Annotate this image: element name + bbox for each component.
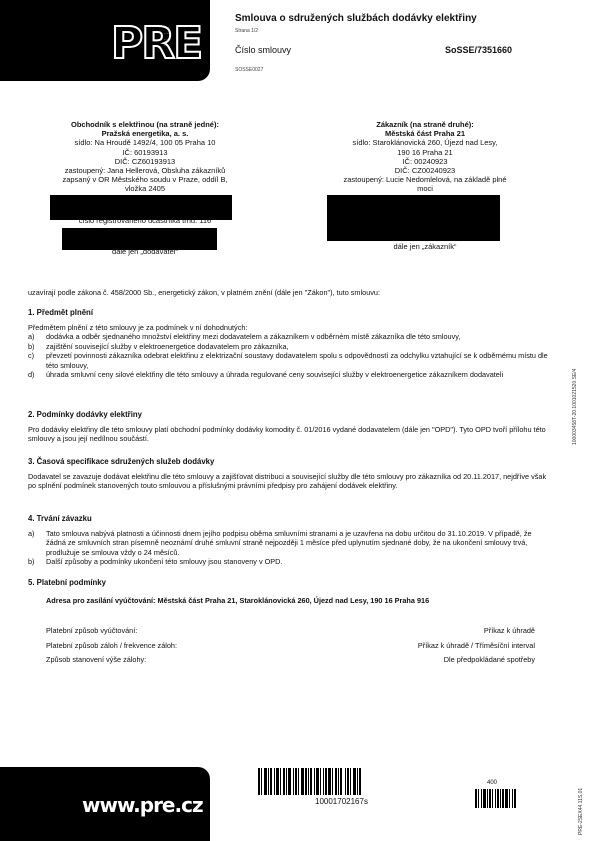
payment-value-3: Dle předpokládané spotřeby bbox=[444, 655, 535, 664]
section-2-text: Pro dodávky elektřiny dle této smlouvy p… bbox=[28, 425, 548, 444]
payment-label-1: Platební způsob vyúčtování: bbox=[46, 626, 137, 636]
customer-name: Městská část Praha 21 bbox=[315, 129, 535, 138]
customer-dic: DIČ: CZ00240923 bbox=[315, 166, 535, 175]
supplier-name: Pražská energetika, a. s. bbox=[25, 129, 265, 138]
section-4-title: 4. Trvání závazku bbox=[28, 514, 548, 524]
customer-heading: Zákazník (na straně druhé): bbox=[315, 120, 535, 129]
contract-number-label: Číslo smlouvy bbox=[235, 45, 291, 55]
payment-value-2: Příkaz k úhradě / Tříměsíční interval bbox=[418, 641, 535, 650]
customer-ic: IČ: 00240923 bbox=[315, 157, 535, 166]
supplier-dic: DIČ: CZ60193913 bbox=[25, 157, 265, 166]
side-code-top: 100003458T-20.1001021520.SE/4 bbox=[572, 285, 578, 445]
list-item: d)úhrada smluvní ceny silové elektřiny d… bbox=[28, 370, 548, 380]
list-item: c)převzetí povinnosti zákazníka odebrat … bbox=[28, 351, 548, 370]
supplier-address: sídlo: Na Hroudě 1492/4, 100 05 Praha 10 bbox=[25, 138, 265, 147]
section-3-title: 3. Časová specifikace sdružených služeb … bbox=[28, 457, 548, 467]
section-5-title: 5. Platební podmínky bbox=[28, 578, 548, 588]
payment-label-2: Platební způsob záloh / frekvence záloh: bbox=[46, 641, 177, 651]
supplier-register2: vložka 2405 bbox=[25, 184, 265, 193]
redaction-box bbox=[62, 228, 217, 250]
customer-address: sídlo: Staroklánovická 260, Újezd nad Le… bbox=[315, 138, 535, 147]
list-item: a)dodávka a odběr sjednaného množství el… bbox=[28, 332, 548, 342]
intro-text: uzavírají podle zákona č. 458/2000 Sb., … bbox=[28, 288, 548, 298]
page-number: Strana 1/2 bbox=[235, 28, 258, 34]
barcode bbox=[258, 768, 361, 795]
payment-label-3: Způsob stanovení výše zálohy: bbox=[46, 655, 146, 665]
list-item: b)zajištění související služby v elektro… bbox=[28, 342, 548, 352]
list-item: b)Další způsoby a podmínky ukončení této… bbox=[28, 557, 548, 567]
list-item: a)Tato smlouva nabývá platnosti a účinno… bbox=[28, 529, 548, 558]
section-3: 3. Časová specifikace sdružených služeb … bbox=[28, 457, 548, 491]
customer-rep2: moci bbox=[315, 184, 535, 193]
section-3-text: Dodavatel se zavazuje dodávat elektřinu … bbox=[28, 472, 548, 491]
logo-side-text: ················ bbox=[164, 25, 188, 49]
redaction-box bbox=[50, 195, 232, 220]
document-title: Smlouva o sdružených službách dodávky el… bbox=[235, 13, 477, 24]
barcode2-label: 400 bbox=[487, 780, 497, 786]
form-code: SOSSE0027 bbox=[235, 67, 263, 73]
section-2-title: 2. Podmínky dodávky elektřiny bbox=[28, 410, 548, 420]
payment-value-1: Příkaz k úhradě bbox=[484, 626, 535, 635]
barcode-secondary bbox=[475, 789, 516, 808]
section-4: 4. Trvání závazku a)Tato smlouva nabývá … bbox=[28, 514, 548, 567]
section-5: 5. Platební podmínky Adresa pro zasílání… bbox=[28, 578, 548, 605]
website-url: www.pre.cz bbox=[82, 793, 203, 817]
billing-address: Adresa pro zasílání vyúčtování: Městská … bbox=[46, 596, 526, 606]
customer-city: 190 16 Praha 21 bbox=[315, 148, 535, 157]
section-1-title: 1. Předmět plnění bbox=[28, 308, 548, 318]
supplier-register: zapsaný v OR Městského soudu v Praze, od… bbox=[25, 175, 265, 184]
section-1-lead: Předmětem plnění z této smlouvy je za po… bbox=[28, 323, 548, 333]
section-2: 2. Podmínky dodávky elektřiny Pro dodávk… bbox=[28, 410, 548, 444]
side-code-bottom: PRE-2SEX44.11S.01 bbox=[578, 735, 584, 835]
customer-alias: dále jen „zákazník“ bbox=[315, 242, 535, 251]
supplier-heading: Obchodník s elektřinou (na straně jedné)… bbox=[25, 120, 265, 129]
supplier-rep: zastoupený: Jana Hellerová, Obsluha záka… bbox=[25, 166, 265, 175]
section-1: 1. Předmět plnění Předmětem plnění z tét… bbox=[28, 308, 548, 380]
barcode-number: 10001702167s bbox=[315, 797, 368, 806]
supplier-ic: IČ: 60193913 bbox=[25, 148, 265, 157]
contract-number: SoSSE/7351660 bbox=[445, 45, 512, 55]
redaction-box bbox=[327, 195, 500, 241]
customer-rep: zastoupený: Lucie Nedomlelová, na základ… bbox=[315, 175, 535, 184]
